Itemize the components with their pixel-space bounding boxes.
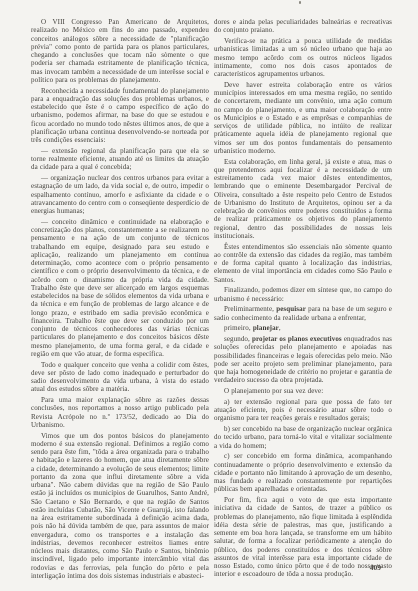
text-columns: O VIII Congresso Pan Americano de Arquit… bbox=[0, 0, 418, 583]
emphasized-text: projetar os planos executivos bbox=[252, 335, 342, 343]
text-run: O planejamento por sua vez deve: bbox=[224, 387, 323, 395]
page-number: 409 bbox=[370, 563, 381, 572]
paragraph: c) ser concebido em forma dinâmica, acom… bbox=[214, 452, 392, 493]
paragraph: Verifica-se na prática a pouca utilidade… bbox=[214, 37, 392, 78]
text-run: Por fim, fica aqui o voto de que esta im… bbox=[214, 496, 392, 578]
text-run: — conceito dinâmico e continuidade na el… bbox=[31, 218, 209, 358]
text-run: Para uma maior explanação sôbre as razõe… bbox=[31, 396, 209, 429]
text-run: — organização nuclear dos centros urbano… bbox=[31, 174, 209, 215]
paragraph: b) ser concebido na base de organização … bbox=[214, 425, 392, 450]
text-run: a) ter extensão regional para que possa … bbox=[214, 398, 392, 423]
text-run: Esta colaboração, em linha geral, já exi… bbox=[214, 158, 392, 240]
paragraph: O planejamento por sua vez deve: bbox=[214, 387, 392, 395]
paragraph: Deve haver estreita colaboração entre os… bbox=[214, 81, 392, 155]
text-run: primeiro, bbox=[224, 324, 253, 332]
right-column: dores e ainda pelas peculiaridades balne… bbox=[214, 18, 392, 583]
text-run: Vimos que um dos pontos básicos do plane… bbox=[31, 432, 209, 580]
document-page: O VIII Congresso Pan Americano de Arquit… bbox=[0, 0, 418, 591]
text-run: enquadrados nas soluções oferecidas pelo… bbox=[214, 335, 392, 384]
text-run: , bbox=[279, 324, 281, 332]
left-column: O VIII Congresso Pan Americano de Arquit… bbox=[31, 18, 209, 583]
paragraph: O VIII Congresso Pan Americano de Arquit… bbox=[31, 18, 209, 84]
text-run: segundo, bbox=[224, 335, 252, 343]
paragraph: — extensão regional da planificação para… bbox=[31, 147, 209, 172]
scan-artifact bbox=[299, 1, 301, 4]
text-run: Todo e qualquer conceito que venha a col… bbox=[31, 361, 209, 394]
paragraph: dores e ainda pelas peculiaridades balne… bbox=[214, 18, 392, 35]
paragraph: Finalizando, podemos dizer em síntese qu… bbox=[214, 286, 392, 303]
emphasized-text: planejar bbox=[253, 324, 279, 332]
text-run: O VIII Congresso Pan Americano de Arquit… bbox=[31, 18, 209, 84]
paragraph: segundo, projetar os planos executivos e… bbox=[214, 335, 392, 385]
paragraph: Preliminarmente, pesquisar para na base … bbox=[214, 305, 392, 322]
paragraph: — organização nuclear dos centros urbano… bbox=[31, 174, 209, 215]
text-run: dores e ainda pelas peculiaridades balne… bbox=[214, 18, 392, 34]
paragraph: Esta colaboração, em linha geral, já exi… bbox=[214, 158, 392, 241]
text-run: b) ser concebido na base de organização … bbox=[214, 425, 392, 450]
text-run: Reconhecida a necessidade fundamental do… bbox=[31, 87, 209, 145]
paragraph: Êstes entendimentos são essenciais não s… bbox=[214, 243, 392, 284]
text-run: c) ser concebido em forma dinâmica, acom… bbox=[214, 452, 392, 493]
text-run: — extensão regional da planificação para… bbox=[31, 147, 209, 172]
text-run: Preliminarmente, bbox=[224, 305, 276, 313]
paragraph: Para uma maior explanação sôbre as razõe… bbox=[31, 396, 209, 429]
paragraph: — conceito dinâmico e continuidade na el… bbox=[31, 218, 209, 358]
paragraph: Vimos que um dos pontos básicos do plane… bbox=[31, 432, 209, 581]
paragraph: primeiro, planejar, bbox=[214, 324, 392, 332]
paragraph: Reconhecida a necessidade fundamental do… bbox=[31, 87, 209, 145]
paragraph: Por fim, fica aqui o voto de que esta im… bbox=[214, 496, 392, 579]
text-run: Verifica-se na prática a pouca utilidade… bbox=[214, 37, 392, 78]
emphasized-text: pesquisar bbox=[276, 305, 306, 313]
text-run: Êstes entendimentos são essenciais não s… bbox=[214, 243, 392, 284]
paragraph: a) ter extensão regional para que possa … bbox=[214, 398, 392, 423]
paragraph: Todo e qualquer conceito que venha a col… bbox=[31, 361, 209, 394]
text-run: Deve haver estreita colaboração entre os… bbox=[214, 81, 392, 155]
text-run: Finalizando, podemos dizer em síntese qu… bbox=[214, 286, 392, 302]
